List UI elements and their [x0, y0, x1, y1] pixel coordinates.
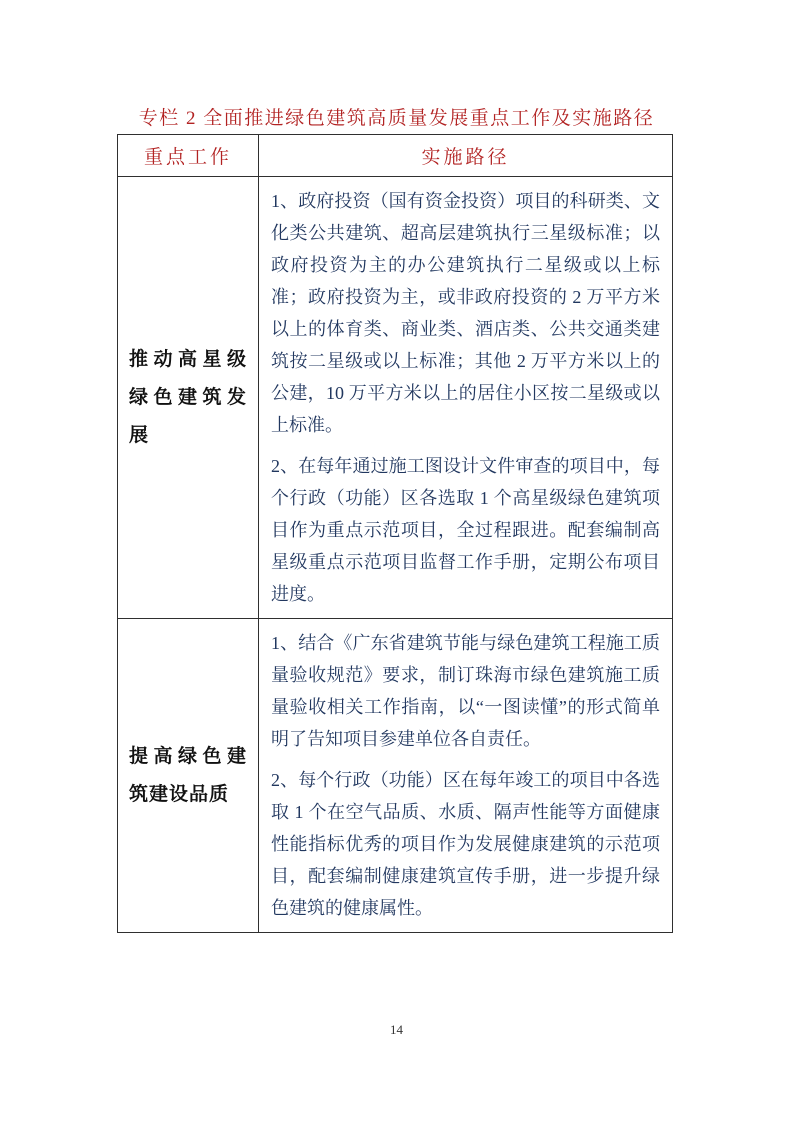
- header-key-work: 重点工作: [118, 135, 259, 177]
- path-paragraph: 2、每个行政（功能）区在每年竣工的项目中各选取 1 个在空气品质、水质、隔声性能…: [271, 764, 660, 924]
- table-row: 推动高星级绿色建筑发展 1、政府投资（国有资金投资）项目的科研类、文化类公共建筑…: [118, 177, 673, 619]
- path-paragraph: 1、政府投资（国有资金投资）项目的科研类、文化类公共建筑、超高层建筑执行三星级标…: [271, 185, 660, 441]
- table-header-row: 重点工作 实施路径: [118, 135, 673, 177]
- key-work-cell: 推动高星级绿色建筑发展: [118, 177, 259, 619]
- page-title: 专栏 2 全面推进绿色建筑高质量发展重点工作及实施路径: [0, 106, 793, 132]
- implementation-path-cell: 1、政府投资（国有资金投资）项目的科研类、文化类公共建筑、超高层建筑执行三星级标…: [259, 177, 673, 619]
- page-number: 14: [0, 1022, 793, 1038]
- path-paragraph: 2、在每年通过施工图设计文件审查的项目中，每个行政（功能）区各选取 1 个高星级…: [271, 450, 660, 610]
- path-paragraph: 1、结合《广东省建筑节能与绿色建筑工程施工质量验收规范》要求，制订珠海市绿色建筑…: [271, 627, 660, 755]
- key-work-table: 重点工作 实施路径 推动高星级绿色建筑发展 1、政府投资（国有资金投资）项目的科…: [117, 134, 673, 933]
- table-row: 提高绿色建筑建设品质 1、结合《广东省建筑节能与绿色建筑工程施工质量验收规范》要…: [118, 619, 673, 933]
- key-work-cell: 提高绿色建筑建设品质: [118, 619, 259, 933]
- document-page: 专栏 2 全面推进绿色建筑高质量发展重点工作及实施路径 重点工作 实施路径 推动…: [0, 0, 793, 1122]
- header-implementation-path: 实施路径: [259, 135, 673, 177]
- implementation-path-cell: 1、结合《广东省建筑节能与绿色建筑工程施工质量验收规范》要求，制订珠海市绿色建筑…: [259, 619, 673, 933]
